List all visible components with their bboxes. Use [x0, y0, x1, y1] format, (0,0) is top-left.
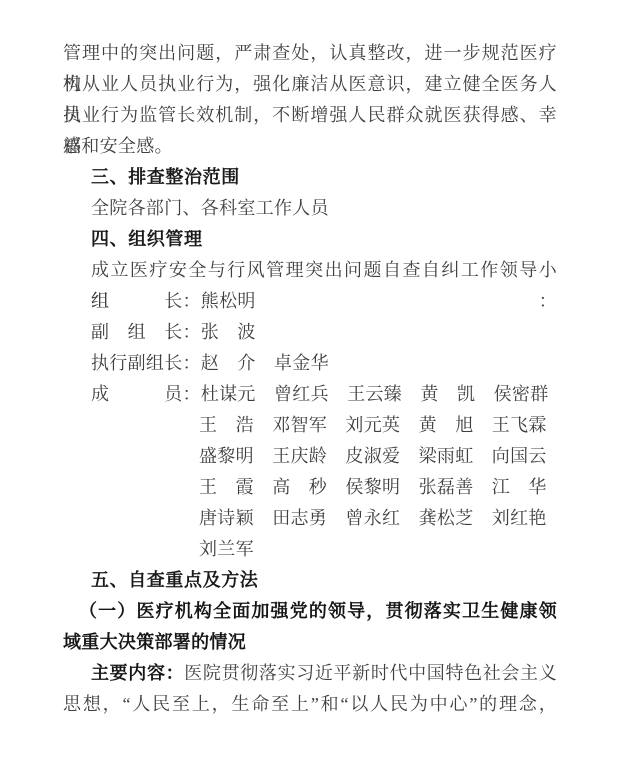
- leadership-members-row-2: 王 浩 邓智军 刘元英 黄 旭 王飞霖: [63, 410, 557, 441]
- section4-heading: 四、组织管理: [63, 224, 557, 255]
- leadership-members-row-5: 唐诗颖 田志勇 曾永红 龚松芝 刘红艳: [63, 503, 557, 534]
- section5-sub1-heading-line-2: 域重大决策部署的情况: [63, 627, 557, 658]
- leadership-deputy-row: 副 组 长：张 波: [63, 317, 557, 348]
- content-text: 医院贯彻落实习近平新时代中国特色社会主义: [184, 663, 557, 683]
- intro-paragraph-line-4: 感和安全感。: [63, 131, 557, 162]
- section5-sub1-heading-line-1: （一）医疗机构全面加强党的领导，贯彻落实卫生健康领: [63, 596, 557, 627]
- leadership-members-row-1: 成 员：杜谋元 曾红兵 王云臻 黄 凯 侯密群: [63, 379, 557, 410]
- section3-body: 全院各部门、各科室工作人员: [63, 193, 557, 224]
- content-label: 主要内容：: [91, 663, 184, 683]
- leadership-members-row-4: 王 霞 高 秒 侯黎明 张磊善 江 华: [63, 472, 557, 503]
- section5-content-line-1: 主要内容：医院贯彻落实习近平新时代中国特色社会主义: [63, 658, 557, 689]
- intro-paragraph-line-1: 管理中的突出问题，严肃查处，认真整改，进一步规范医疗机: [63, 38, 557, 69]
- leadership-exec-deputy-row: 执行副组长：赵 介 卓金华: [63, 348, 557, 379]
- section4-intro: 成立医疗安全与行风管理突出问题自查自纠工作领导小组：: [63, 255, 557, 286]
- section5-content-line-2: 思想，“人民至上，生命至上”和“以人民为中心”的理念，: [63, 689, 557, 720]
- section5-heading: 五、自查重点及方法: [63, 565, 557, 596]
- leadership-members-row-3: 盛黎明 王庆龄 皮淑爱 梁雨虹 向国云: [63, 441, 557, 472]
- section3-heading: 三、排查整治范围: [63, 162, 557, 193]
- leadership-members-row-6: 刘兰军: [63, 534, 557, 565]
- intro-paragraph-line-2: 构从业人员执业行为，强化廉洁从医意识，建立健全医务人员: [63, 69, 557, 100]
- document-page: 管理中的突出问题，严肃查处，认真整改，进一步规范医疗机 构从业人员执业行为，强化…: [0, 0, 619, 763]
- intro-paragraph-line-3: 执业行为监管长效机制，不断增强人民群众就医获得感、幸福: [63, 100, 557, 131]
